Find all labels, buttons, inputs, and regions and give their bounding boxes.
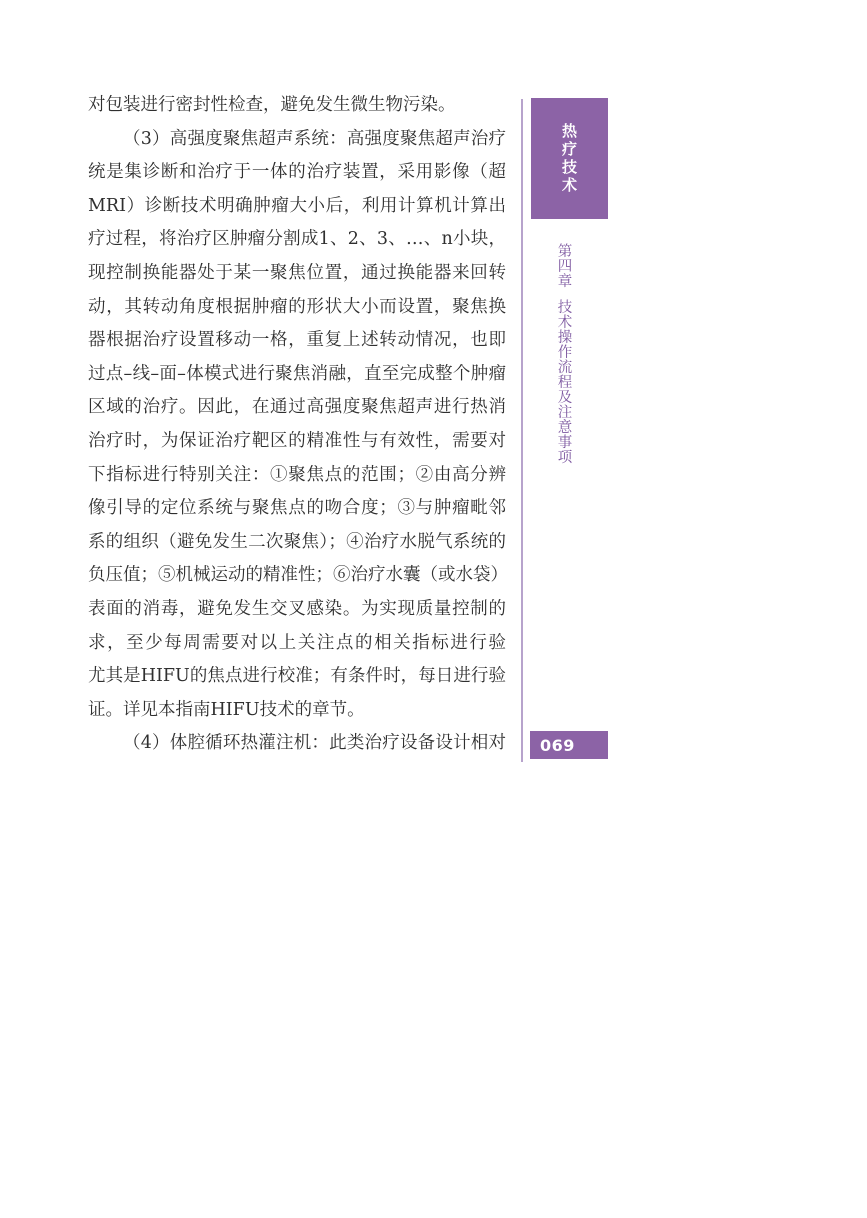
text-line: 对包装进行密封性检查，避免发生微生物污染。	[88, 89, 506, 123]
sidebar-rule	[521, 99, 523, 762]
text-line: 过点–线–面–体模式进行聚焦消融，直至完成整个肿瘤	[88, 358, 506, 392]
page-number-badge: 069	[530, 731, 608, 759]
section-tab-label: 热疗技术	[559, 123, 580, 195]
book-page: 对包装进行密封性检查，避免发生微生物污染。（3）高强度聚焦超声系统：高强度聚焦超…	[0, 0, 867, 1218]
text-line: 尤其是HIFU的焦点进行校准；有条件时，每日进行验	[88, 660, 506, 694]
section-tab: 热疗技术	[531, 98, 608, 219]
text-line: （4）体腔循环热灌注机：此类治疗设备设计相对比	[88, 727, 506, 761]
text-line: 证。详见本指南HIFU技术的章节。	[88, 694, 506, 728]
text-line: 像引导的定位系统与聚焦点的吻合度；③与肿瘤毗邻关	[88, 492, 506, 526]
chapter-heading: 第四章 技术操作流程及注意事项	[549, 243, 579, 464]
chapter-number: 第四章	[554, 243, 575, 288]
text-line: 器根据治疗设置移动一格，重复上述转动情况，也即通	[88, 324, 506, 358]
text-line: 现控制换能器处于某一聚焦位置，通过换能器来回转	[88, 257, 506, 291]
text-line: （3）高强度聚焦超声系统：高强度聚焦超声治疗系	[88, 123, 506, 157]
text-line: 系的组织（避免发生二次聚焦）；④治疗水脱气系统的	[88, 526, 506, 560]
text-line: 疗过程，将治疗区肿瘤分割成1、2、3、…、n小块，实	[88, 223, 506, 257]
text-line: 下指标进行特别关注：①聚焦点的范围；②由高分辨影	[88, 459, 506, 493]
text-line: 统是集诊断和治疗于一体的治疗装置，采用影像（超声/	[88, 156, 506, 190]
text-line: 负压值；⑤机械运动的精准性；⑥治疗水囊（或水袋）	[88, 559, 506, 593]
body-text: 对包装进行密封性检查，避免发生微生物污染。（3）高强度聚焦超声系统：高强度聚焦超…	[88, 89, 506, 761]
text-line: 治疗时，为保证治疗靶区的精准性与有效性，需要对以	[88, 425, 506, 459]
text-line: 动，其转动角度根据肿瘤的形状大小而设置，聚焦换能	[88, 291, 506, 325]
text-line: 求，至少每周需要对以上关注点的相关指标进行验证，	[88, 627, 506, 661]
text-line: 表面的消毒，避免发生交叉感染。为实现质量控制的要	[88, 593, 506, 627]
chapter-title: 技术操作流程及注意事项	[554, 299, 575, 464]
text-line: 区域的治疗。因此，在通过高强度聚焦超声进行热消融	[88, 391, 506, 425]
page-number: 069	[540, 736, 575, 755]
text-line: MRI）诊断技术明确肿瘤大小后，利用计算机计算出治	[88, 190, 506, 224]
